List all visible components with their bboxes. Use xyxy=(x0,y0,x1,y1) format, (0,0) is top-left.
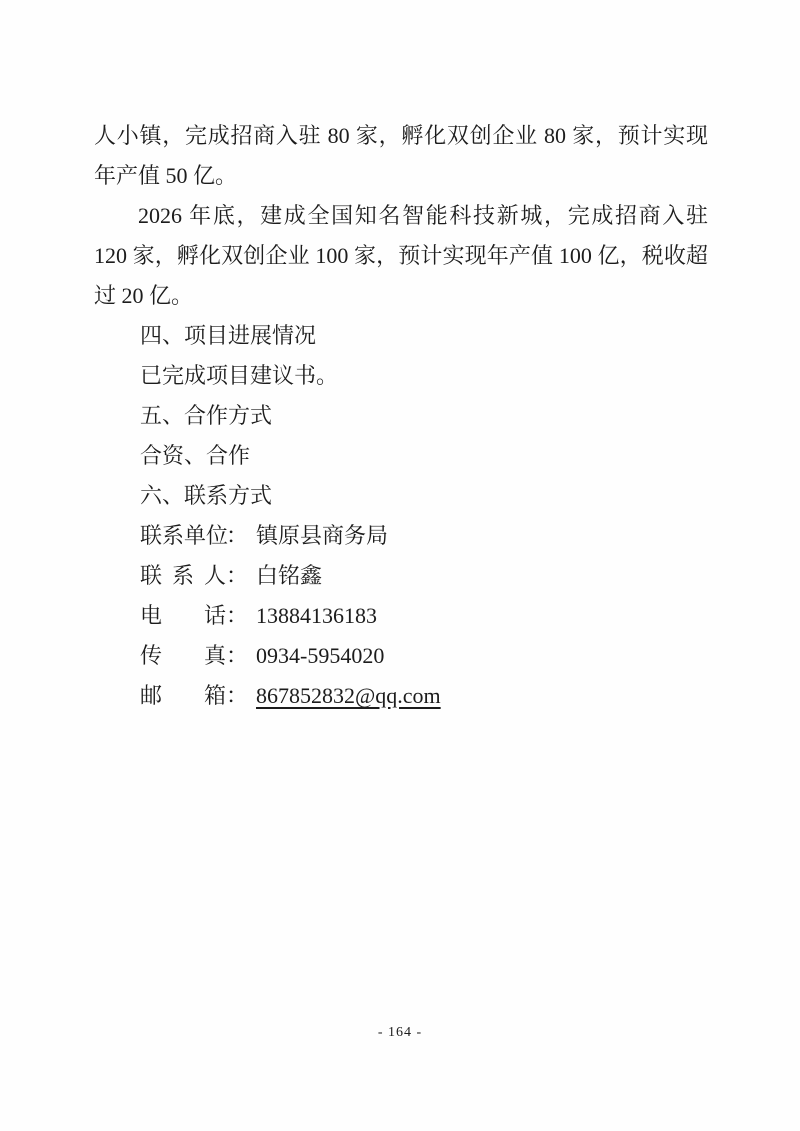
contact-row-person: 联系人：白铭鑫 xyxy=(94,556,708,596)
contact-row-unit: 联系单位：镇原县商务局 xyxy=(94,516,708,556)
contact-email-label: 邮箱 xyxy=(140,676,226,716)
contact-row-phone: 电话：13884136183 xyxy=(94,596,708,636)
contact-person-separator: ： xyxy=(226,563,248,588)
contact-fax-label: 传真 xyxy=(140,636,226,676)
contact-row-fax: 传真：0934-5954020 xyxy=(94,636,708,676)
document-body: 人小镇，完成招商入驻 80 家，孵化双创企业 80 家，预计实现年产值 50 亿… xyxy=(94,116,708,716)
contact-row-email: 邮箱：867852832@qq.com xyxy=(94,676,708,716)
contact-person-value: 白铭鑫 xyxy=(256,563,322,588)
paragraph-carryover: 人小镇，完成招商入驻 80 家，孵化双创企业 80 家，预计实现年产值 50 亿… xyxy=(94,116,708,196)
contact-email-separator: ： xyxy=(226,683,248,708)
contact-phone-separator: ： xyxy=(226,603,248,628)
section-5-heading: 五、合作方式 xyxy=(94,396,708,436)
paragraph-2026-goal: 2026 年底，建成全国知名智能科技新城，完成招商入驻 120 家，孵化双创企业… xyxy=(94,196,708,316)
section-4-body: 已完成项目建议书。 xyxy=(94,356,708,396)
contact-unit-label: 联系单位 xyxy=(140,516,226,556)
contact-fax-value: 0934-5954020 xyxy=(256,643,384,668)
contact-phone-value: 13884136183 xyxy=(256,603,377,628)
contact-unit-value: 镇原县商务局 xyxy=(256,523,388,548)
contact-unit-separator: ： xyxy=(226,523,248,548)
contact-fax-separator: ： xyxy=(226,643,248,668)
section-6-heading: 六、联系方式 xyxy=(94,476,708,516)
section-5-body: 合资、合作 xyxy=(94,436,708,476)
contact-phone-label: 电话 xyxy=(140,596,226,636)
section-4-heading: 四、项目进展情况 xyxy=(94,316,708,356)
contact-person-label: 联系人 xyxy=(140,556,226,596)
document-page: 人小镇，完成招商入驻 80 家，孵化双创企业 80 家，预计实现年产值 50 亿… xyxy=(0,0,800,1131)
email-link[interactable]: 867852832@qq.com xyxy=(256,683,441,708)
page-number: - 164 - xyxy=(0,1023,800,1043)
